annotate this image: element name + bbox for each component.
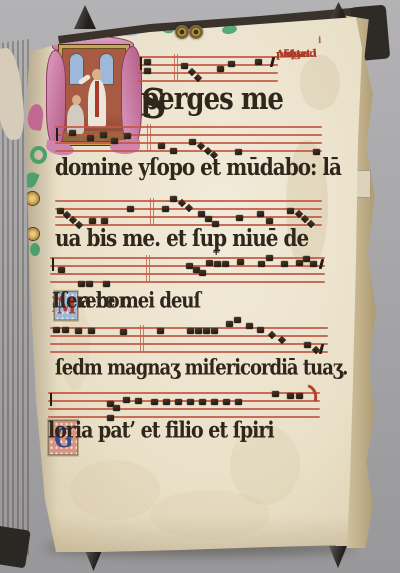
music-note-sq bbox=[266, 255, 273, 261]
music-note-sq bbox=[103, 281, 110, 287]
music-note-sq bbox=[88, 328, 95, 334]
chant-text: domine yſopo et mūdabo: lā bbox=[55, 155, 341, 179]
staff-line bbox=[50, 343, 328, 345]
music-note-cu bbox=[319, 259, 324, 269]
music-note-sq bbox=[187, 399, 194, 405]
rubric-line: Añt. bbox=[276, 48, 299, 61]
staff-line bbox=[138, 72, 278, 74]
priest-stole bbox=[95, 81, 99, 117]
binding-grommet-icon bbox=[189, 25, 203, 39]
music-note-sq bbox=[189, 139, 196, 145]
folio-mark: i bbox=[318, 36, 321, 46]
chant-text: perges me bbox=[141, 84, 283, 115]
binding-grommet-icon bbox=[175, 25, 189, 39]
music-note-sq bbox=[113, 405, 120, 411]
music-note-sq bbox=[163, 399, 170, 405]
music-note-dv bbox=[146, 255, 150, 282]
music-note-bar bbox=[50, 393, 52, 406]
manuscript-page: + Sperges medomine yſopo et mūdabo: lāua… bbox=[0, 0, 400, 573]
music-note-sq bbox=[181, 63, 188, 69]
music-note-sq bbox=[62, 327, 69, 333]
music-note-sq bbox=[157, 328, 164, 334]
music-note-sq bbox=[205, 216, 212, 222]
music-note-sq bbox=[257, 211, 264, 217]
music-note-sq bbox=[53, 327, 60, 333]
music-note-di bbox=[185, 204, 193, 212]
music-note-sq bbox=[100, 132, 107, 138]
music-note-sq bbox=[217, 66, 224, 72]
music-note-sq bbox=[199, 270, 206, 276]
music-note-sq bbox=[310, 261, 317, 267]
staff-line bbox=[50, 335, 328, 337]
staff-line bbox=[50, 273, 325, 275]
music-note-sq bbox=[304, 342, 311, 348]
parchment-stain bbox=[150, 490, 270, 540]
music-note-sq bbox=[303, 256, 310, 262]
chant-text: loria pat’ et filio et ſpiri bbox=[48, 420, 274, 442]
music-note-sq bbox=[203, 328, 210, 334]
music-note-sq bbox=[228, 61, 235, 67]
music-note-sq bbox=[78, 281, 85, 287]
music-note-sq bbox=[255, 59, 262, 65]
music-note-sq bbox=[272, 391, 279, 397]
music-note-sq bbox=[296, 260, 303, 266]
music-note-cu bbox=[270, 57, 275, 67]
staff-line bbox=[138, 56, 278, 58]
border-foliage-ornament bbox=[30, 243, 40, 256]
music-note-sq bbox=[226, 321, 233, 327]
music-note-sq bbox=[246, 323, 253, 329]
music-note-sq bbox=[211, 328, 218, 334]
music-note-sq bbox=[223, 399, 230, 405]
music-note-di bbox=[268, 331, 276, 339]
music-note-dv bbox=[174, 54, 178, 81]
metal-boss-bottom-right-icon bbox=[329, 546, 347, 568]
window-icon bbox=[100, 54, 113, 84]
music-note-cu bbox=[319, 344, 324, 354]
music-note-sq bbox=[206, 260, 213, 266]
music-note-sq bbox=[195, 328, 202, 334]
music-note-sq bbox=[211, 399, 218, 405]
music-note-sq bbox=[235, 399, 242, 405]
music-note-sq bbox=[144, 68, 151, 74]
music-note-sq bbox=[222, 261, 229, 267]
music-note-sq bbox=[69, 130, 76, 136]
staff-line bbox=[48, 408, 320, 410]
music-note-sq bbox=[58, 267, 65, 273]
music-note-sq bbox=[162, 206, 169, 212]
music-note-dv bbox=[150, 198, 154, 225]
music-note-sq bbox=[175, 399, 182, 405]
music-note-sq bbox=[257, 327, 264, 333]
chant-text: ſedm magnaʒ miſericordiā tuaʒ. bbox=[55, 358, 347, 379]
music-note-sq bbox=[296, 393, 303, 399]
music-note-bar bbox=[140, 57, 142, 70]
priest-head bbox=[92, 69, 102, 80]
music-note-sq bbox=[86, 281, 93, 287]
gold-bezant-ornament bbox=[27, 228, 39, 240]
music-note-sq bbox=[236, 215, 243, 221]
music-note-sq bbox=[198, 211, 205, 217]
music-note-sq bbox=[214, 261, 221, 267]
music-note-sq bbox=[158, 143, 165, 149]
music-note-sq bbox=[151, 399, 158, 405]
metal-boss-top-left-icon bbox=[74, 5, 96, 29]
music-note-sq bbox=[187, 328, 194, 334]
staff-line bbox=[48, 400, 320, 402]
parchment-stain bbox=[70, 460, 160, 520]
music-note-sq bbox=[144, 59, 151, 65]
music-note-sq bbox=[111, 138, 118, 144]
music-note-sq bbox=[170, 196, 177, 202]
music-note-sq bbox=[127, 206, 134, 212]
staff-line bbox=[55, 134, 322, 136]
music-note-bar bbox=[52, 258, 54, 271]
music-note-sq bbox=[287, 208, 294, 214]
kneeling-figure-head bbox=[72, 95, 81, 105]
staff-line bbox=[55, 200, 322, 202]
music-note-sq bbox=[186, 263, 193, 269]
staff-line bbox=[55, 150, 322, 152]
music-note-dv bbox=[140, 325, 144, 352]
music-note-sq bbox=[281, 261, 288, 267]
music-note-sq bbox=[75, 328, 82, 334]
music-note-sq bbox=[135, 398, 142, 404]
rubric: Ab oct. pente. i uſqʒ ad paſca. Añt. bbox=[276, 48, 328, 49]
photo-background: + Sperges medomine yſopo et mūdabo: lāua… bbox=[0, 0, 400, 573]
music-note-sq bbox=[87, 135, 94, 141]
cover-corner-bottom-left bbox=[0, 526, 31, 569]
music-note-sq bbox=[237, 259, 244, 265]
staff-line bbox=[55, 126, 322, 128]
gold-bezant-ornament bbox=[26, 192, 39, 205]
parchment-stain bbox=[300, 55, 340, 110]
music-note-sq bbox=[120, 329, 127, 335]
staff-line bbox=[50, 257, 325, 259]
music-note-sq bbox=[123, 397, 130, 403]
music-note-sq bbox=[234, 317, 241, 323]
music-note-sq bbox=[124, 133, 131, 139]
music-note-sq bbox=[258, 261, 265, 267]
music-note-sq bbox=[287, 393, 294, 399]
chant-text: Iſerere mei deuſ bbox=[52, 291, 200, 312]
music-note-sq bbox=[199, 399, 206, 405]
chant-text: ua bis me. et ſup niuē de bbox=[55, 226, 308, 250]
staff-line bbox=[48, 392, 320, 394]
staff-line bbox=[50, 351, 328, 353]
music-note-bar bbox=[56, 128, 58, 141]
